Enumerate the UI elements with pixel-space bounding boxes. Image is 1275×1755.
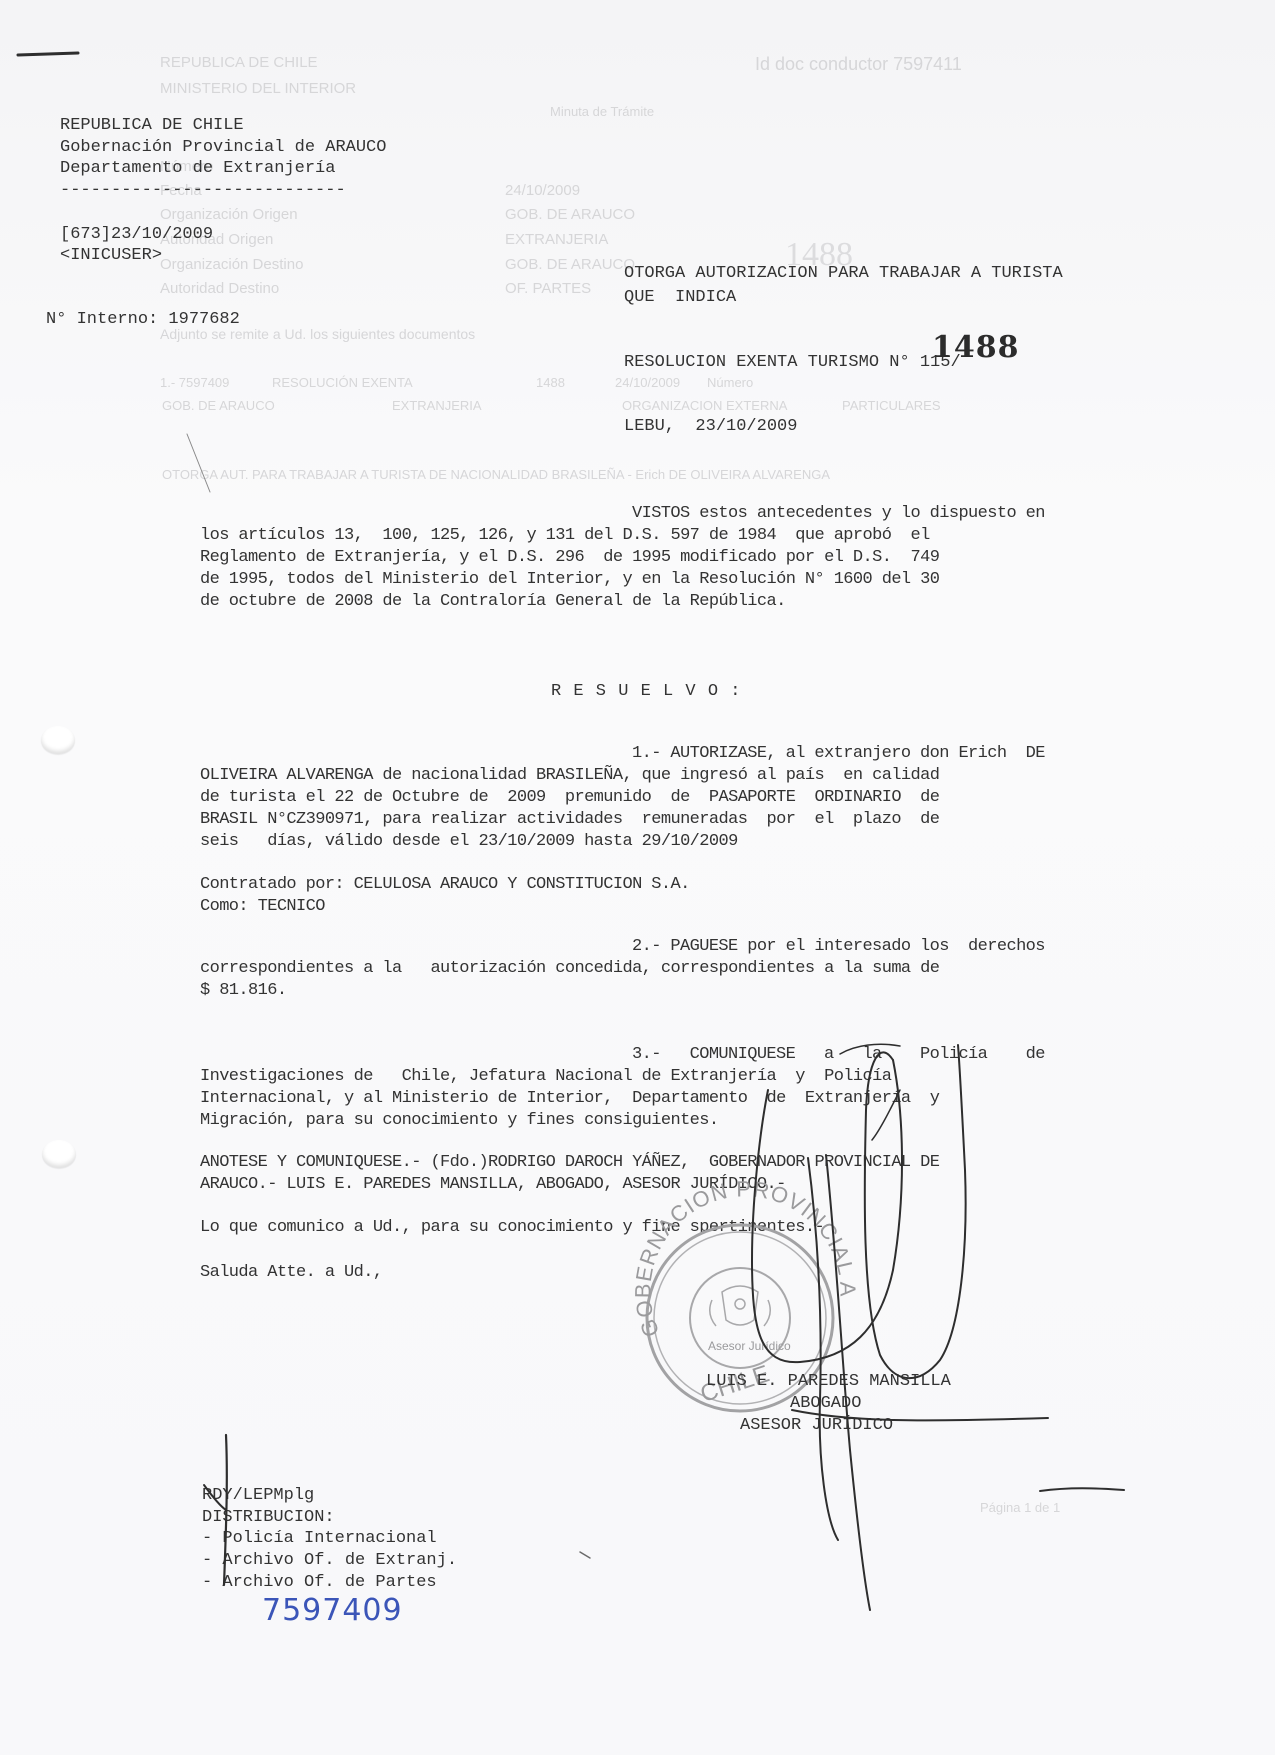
handwritten-signature: [0, 0, 1275, 1755]
scanned-document-page: REPUBLICA DE CHILE MINISTERIO DEL INTERI…: [0, 0, 1275, 1755]
